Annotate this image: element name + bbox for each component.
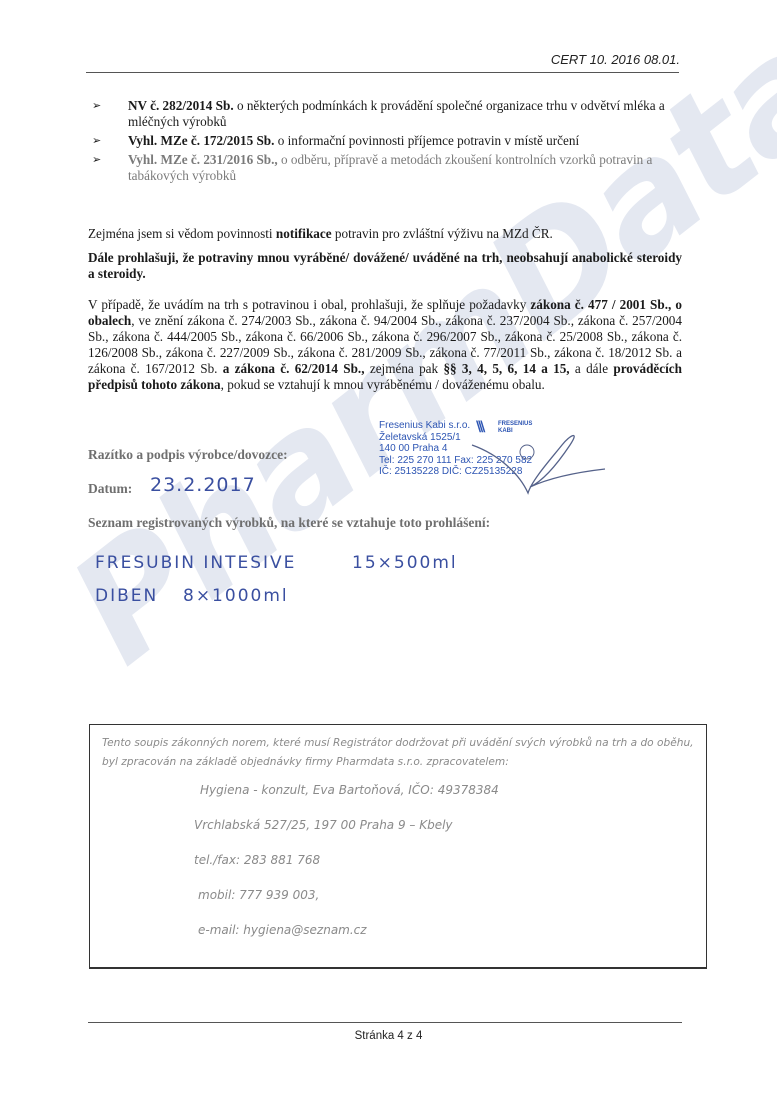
handwritten-product-quantity: 8×1000ml bbox=[183, 586, 289, 606]
text-bold: §§ 3, 4, 5, 6, 14 a 15, bbox=[443, 361, 569, 376]
info-note: Tento soupis zákonných norem, které musí… bbox=[102, 734, 700, 772]
page-number: Stránka 4 z 4 bbox=[0, 1030, 777, 1042]
regulation-list: ➢ NV č. 282/2014 Sb. o některých podmínk… bbox=[92, 98, 692, 187]
text: potravin pro zvláštní výživu na MZd ČR. bbox=[332, 226, 553, 241]
text: , pokud se vztahují k mnou vyráběnému / … bbox=[221, 377, 545, 392]
text-bold: notifikace bbox=[276, 226, 332, 241]
regulation-title: NV č. 282/2014 Sb. bbox=[128, 98, 234, 113]
handwritten-product-quantity: 15×500ml bbox=[352, 553, 458, 573]
signature-icon bbox=[470, 425, 610, 495]
text: V případě, že uvádím na trh s potravinou… bbox=[88, 297, 530, 312]
packaging-declaration: V případě, že uvádím na trh s potravinou… bbox=[88, 297, 682, 393]
contact-email: e-mail: hygiena@seznam.cz bbox=[198, 923, 367, 937]
contact-address: Vrchlabská 527/25, 197 00 Praha 9 – Kbel… bbox=[194, 818, 453, 832]
steroids-declaration: Dále prohlašuji, že potraviny mnou vyráb… bbox=[88, 250, 682, 282]
processor-info-box: Tento soupis zákonných norem, které musí… bbox=[89, 724, 707, 969]
text: zejména pak bbox=[365, 361, 444, 376]
contact-company: Hygiena - konzult, Eva Bartoňová, IČO: 4… bbox=[200, 783, 499, 797]
product-list-label: Seznam registrovaných výrobků, na které … bbox=[88, 515, 490, 531]
regulation-item: ➢ Vyhl. MZe č. 231/2016 Sb., o odběru, p… bbox=[92, 152, 692, 184]
text-bold: a zákona č. 62/2014 Sb., bbox=[223, 361, 365, 376]
contact-mobile: mobil: 777 939 003, bbox=[198, 888, 319, 902]
arrow-bullet-icon: ➢ bbox=[92, 152, 101, 168]
document-reference: CERT 10. 2016 08.01. bbox=[551, 52, 680, 67]
regulation-description: o informační povinnosti příjemce potravi… bbox=[274, 133, 579, 148]
text: a dále bbox=[570, 361, 614, 376]
regulation-item: ➢ NV č. 282/2014 Sb. o některých podmínk… bbox=[92, 98, 692, 130]
header-divider bbox=[86, 72, 679, 73]
contact-phone-fax: tel./fax: 283 881 768 bbox=[194, 853, 320, 867]
box-bottom-border bbox=[89, 967, 707, 969]
stamp-signature-label: Razítko a podpis výrobce/dovozce: bbox=[88, 447, 288, 463]
footer-divider bbox=[88, 1022, 682, 1023]
notification-paragraph: Zejména jsem si vědom povinnosti notifik… bbox=[88, 226, 682, 242]
date-label: Datum: bbox=[88, 481, 132, 497]
arrow-bullet-icon: ➢ bbox=[92, 133, 101, 149]
regulation-title: Vyhl. MZe č. 172/2015 Sb. bbox=[128, 133, 274, 148]
handwritten-date: 23.2.2017 bbox=[150, 474, 256, 496]
text: Zejména jsem si vědom povinnosti bbox=[88, 226, 276, 241]
handwritten-product-name: DIBEN bbox=[95, 586, 158, 606]
regulation-title: Vyhl. MZe č. 231/2016 Sb., bbox=[128, 152, 278, 167]
handwritten-product-name: FRESUBIN INTESIVE bbox=[95, 553, 296, 573]
arrow-bullet-icon: ➢ bbox=[92, 98, 101, 114]
regulation-item: ➢ Vyhl. MZe č. 172/2015 Sb. o informační… bbox=[92, 133, 692, 149]
